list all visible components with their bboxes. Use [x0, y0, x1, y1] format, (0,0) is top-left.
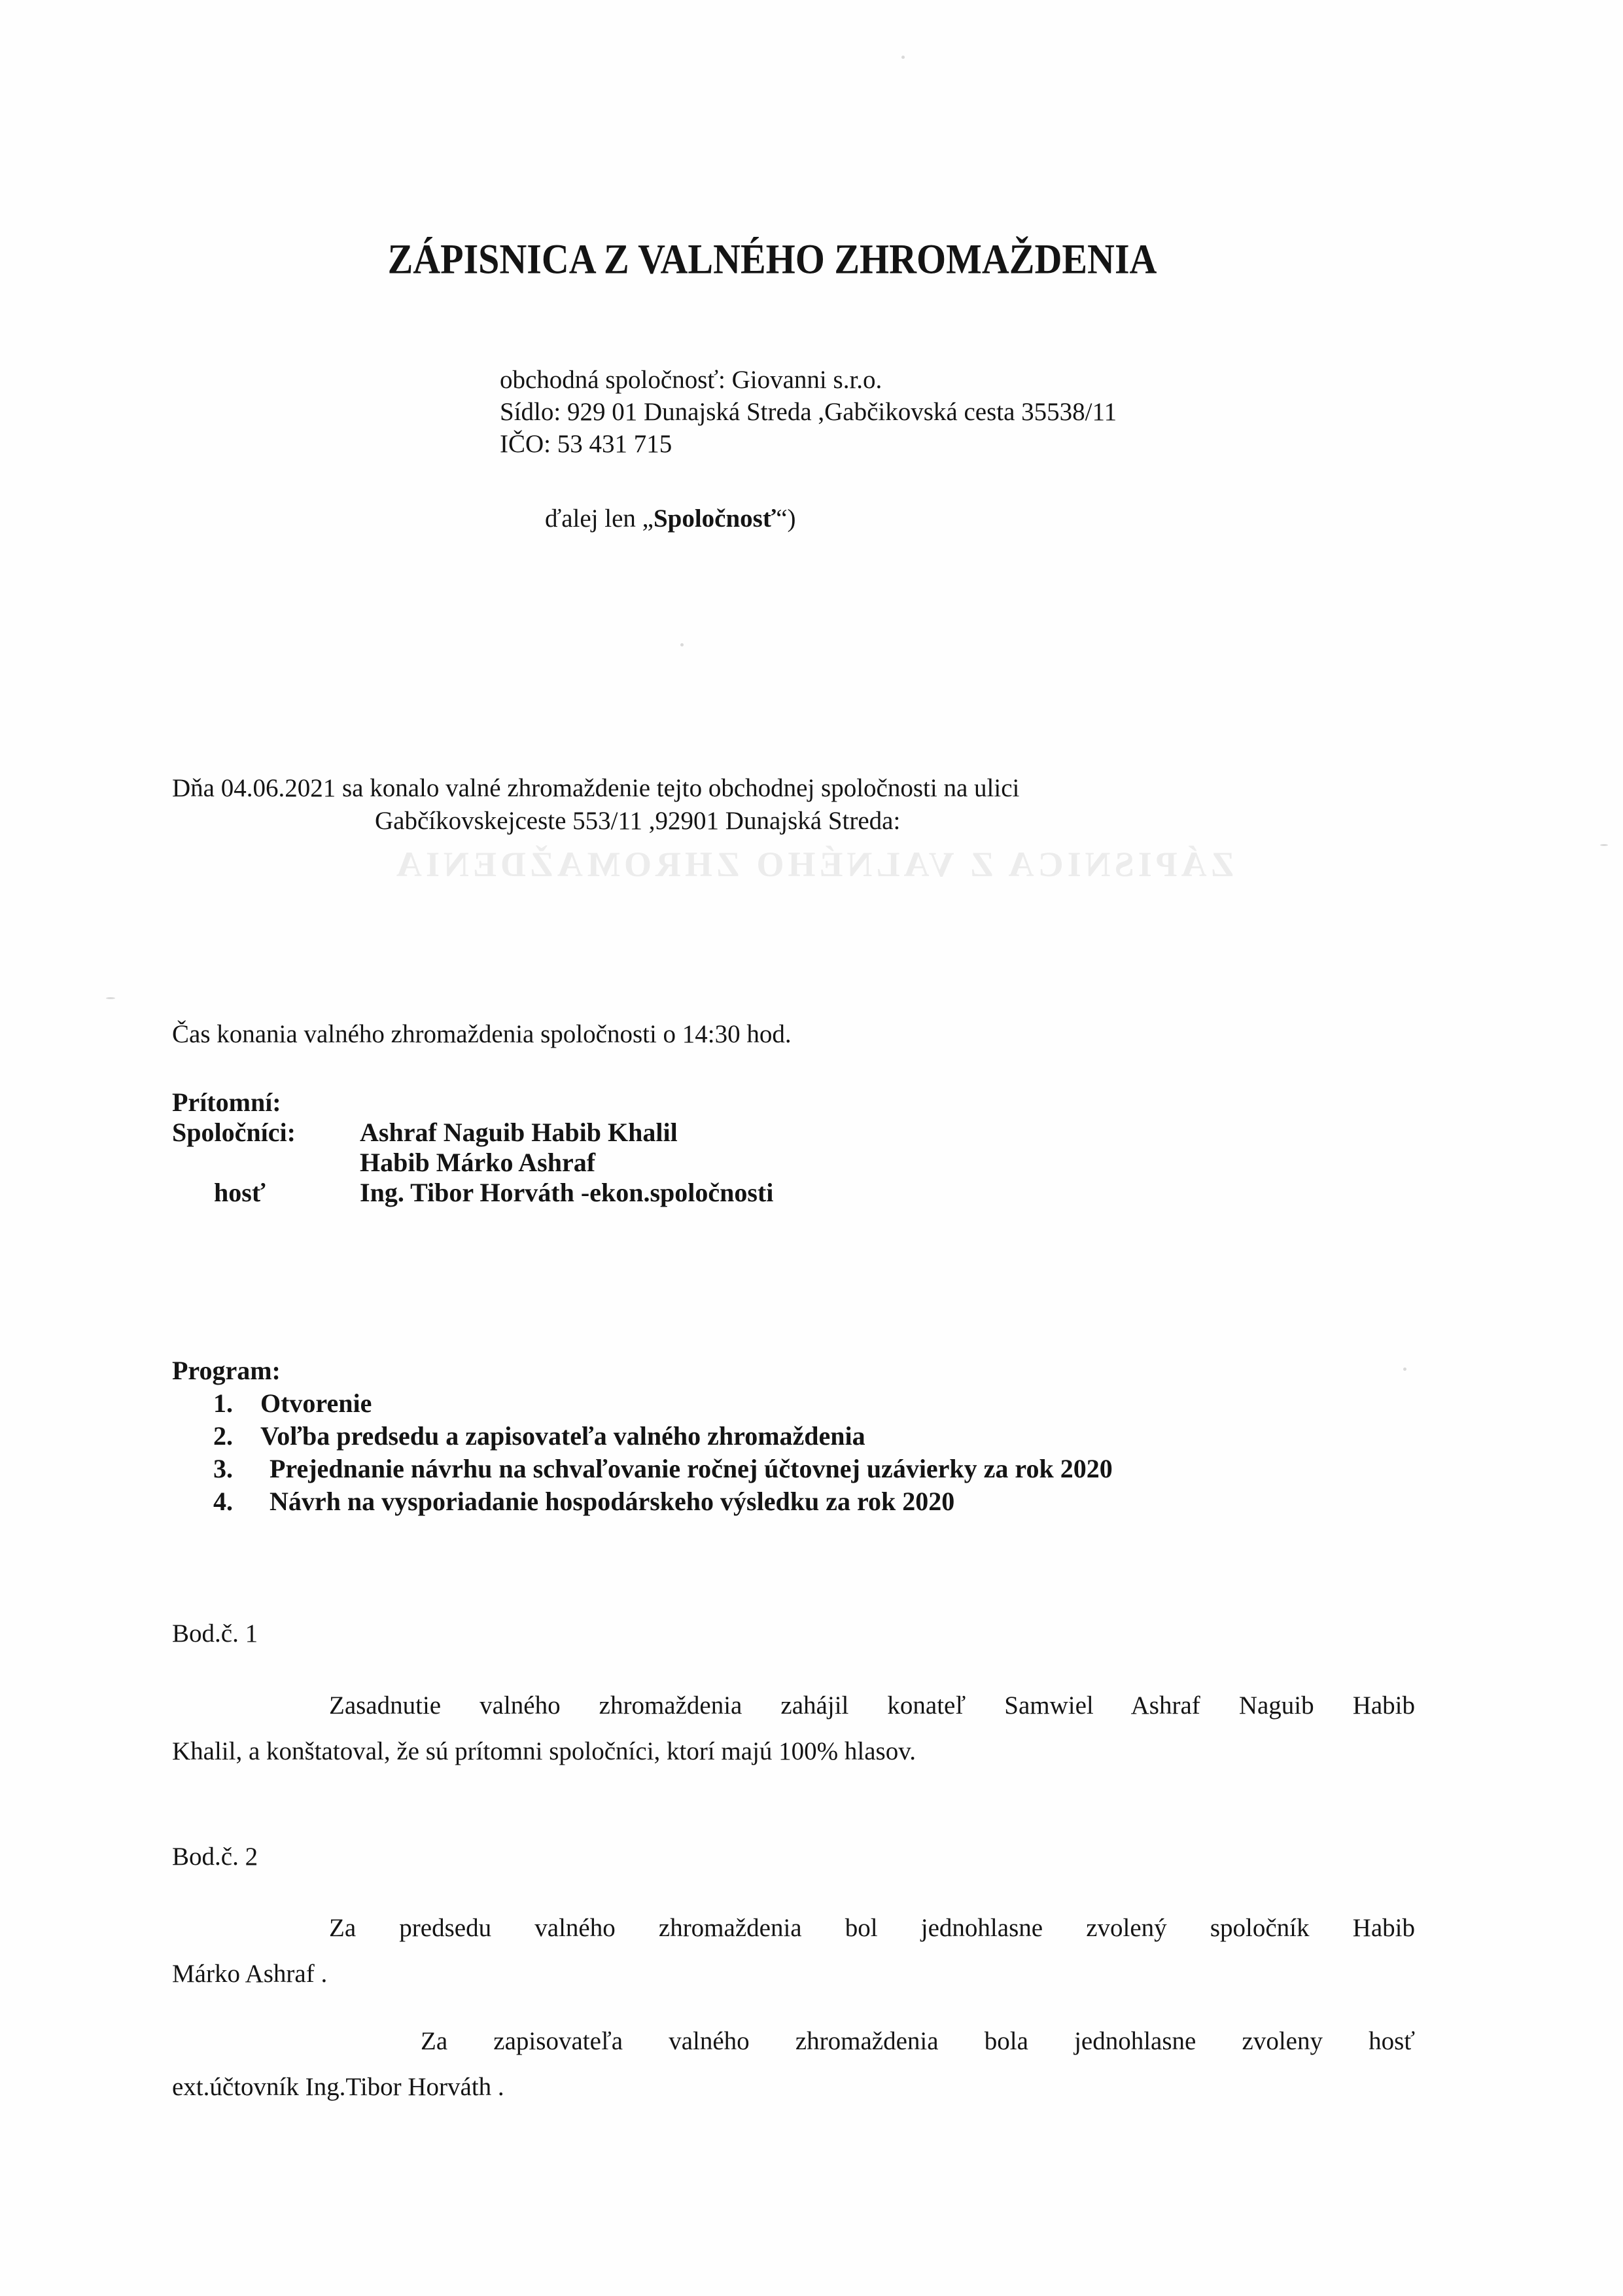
company-alias: ďalej len „Spoločnosť“)	[545, 504, 796, 533]
section-heading-2: Bod.č. 2	[172, 1842, 258, 1871]
program-block: Program: 1. Otvorenie 2. Voľba predsedu …	[172, 1354, 1113, 1518]
guest-label: hosť	[172, 1178, 360, 1208]
bleed-through-text: ZÁPISNICA Z VALNÉHO ZHROMAŽDENIA	[393, 844, 1234, 885]
program-item: 2. Voľba predsedu a zapisovateľa valného…	[172, 1420, 1113, 1453]
partners-label: Spoločníci:	[172, 1118, 360, 1148]
meeting-line-2: Gabčíkovskejceste 553/11 ,92901 Dunajská…	[172, 805, 1019, 838]
section-1-paragraph: Zasadnutie valného zhromaždenia zahájil …	[172, 1683, 1415, 1775]
partner-row: Spoločníci: Ashraf Naguib Habib Khalil	[172, 1118, 773, 1148]
attendees-block: Prítomní: Spoločníci: Ashraf Naguib Habi…	[172, 1087, 773, 1208]
alias-suffix: “)	[776, 504, 795, 533]
section-2-paragraph-2: Za zapisovateľa valného zhromaždenia bol…	[172, 2019, 1415, 2110]
program-list: 1. Otvorenie 2. Voľba predsedu a zapisov…	[172, 1387, 1113, 1518]
partner-row: Habib Márko Ashraf	[172, 1148, 773, 1178]
alias-prefix: ďalej len „	[545, 504, 654, 533]
scan-speck	[680, 643, 684, 646]
guest-row: hosť Ing. Tibor Horváth -ekon.spoločnost…	[172, 1178, 773, 1208]
company-name: obchodná spoločnosť: Giovanni s.r.o.	[500, 364, 1117, 396]
meeting-line-1: Dňa 04.06.2021 sa konalo valné zhromažde…	[172, 772, 1019, 805]
company-seat: Sídlo: 929 01 Dunajská Streda ,Gabčikovs…	[500, 396, 1117, 428]
scan-speck	[1403, 1368, 1406, 1371]
meeting-time: Čas konania valného zhromaždenia spoločn…	[172, 1019, 792, 1049]
program-item: 1. Otvorenie	[172, 1387, 1113, 1420]
program-item: 3. Prejednanie návrhu na schvaľovanie ro…	[172, 1453, 1113, 1485]
alias-name: Spoločnosť	[654, 504, 776, 533]
scanned-page: ZÁPISNICA Z VALNÉHO ZHROMAŽDENIA ZÁPISNI…	[0, 0, 1623, 2296]
scan-speck	[1600, 844, 1608, 846]
program-item: 4. Návrh na vysporiadanie hospodárskeho …	[172, 1485, 1113, 1518]
scan-speck	[106, 997, 115, 999]
attendees-heading: Prítomní:	[172, 1087, 773, 1118]
company-ico: IČO: 53 431 715	[500, 428, 1117, 460]
partner-name: Habib Márko Ashraf	[360, 1148, 595, 1178]
section-heading-1: Bod.č. 1	[172, 1619, 258, 1648]
document-title: ZÁPISNICA Z VALNÉHO ZHROMAŽDENIA	[0, 234, 1623, 283]
scan-speck	[901, 56, 905, 59]
section-2-paragraph-1: Za predsedu valného zhromaždenia bol jed…	[172, 1905, 1415, 1997]
company-info: obchodná spoločnosť: Giovanni s.r.o. Síd…	[500, 364, 1117, 460]
partner-name: Ashraf Naguib Habib Khalil	[360, 1118, 678, 1148]
meeting-info: Dňa 04.06.2021 sa konalo valné zhromažde…	[172, 772, 1019, 838]
program-heading: Program:	[172, 1354, 1113, 1387]
guest-name: Ing. Tibor Horváth -ekon.spoločnosti	[360, 1178, 773, 1208]
